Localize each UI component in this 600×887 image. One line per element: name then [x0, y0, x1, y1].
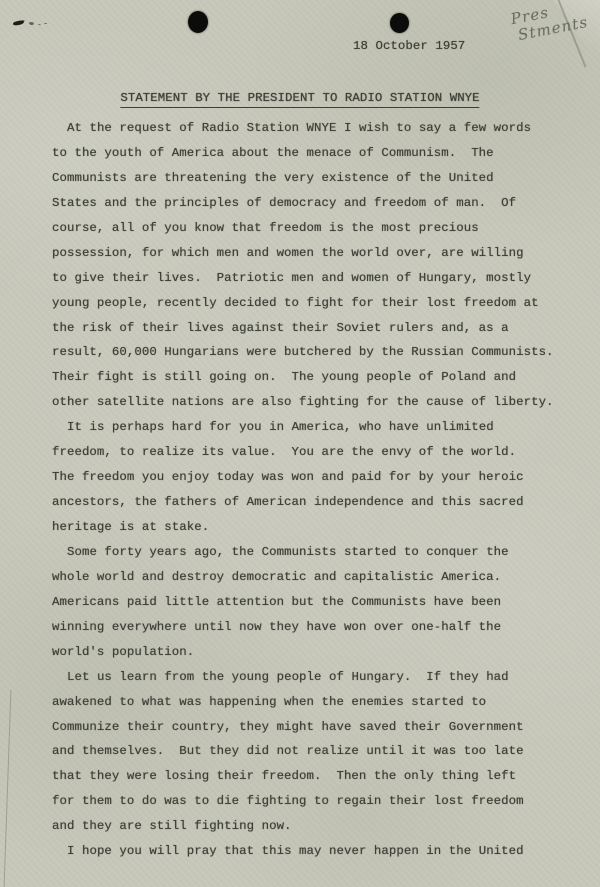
handwritten-annotation: Pres Stments: [509, 0, 589, 45]
document-line: possession, for which men and women the …: [52, 241, 562, 266]
document-line: Let us learn from the young people of Hu…: [52, 665, 562, 690]
document-line: to the youth of America about the menace…: [52, 141, 562, 166]
document-line: other satellite nations are also fightin…: [52, 390, 562, 415]
document-line: whole world and destroy democratic and c…: [52, 565, 562, 590]
punch-hole: [188, 11, 208, 33]
document-line: Communists are threatening the very exis…: [52, 166, 562, 191]
punch-hole: [390, 13, 409, 33]
document-line: freedom, to realize its value. You are t…: [52, 440, 562, 465]
document-page: Pres Stments 18 October 1957 STATEMENT B…: [0, 0, 600, 887]
document-line: to give their lives. Patriotic men and w…: [52, 266, 562, 291]
document-line: the risk of their lives against their So…: [52, 316, 562, 341]
ink-smudge: [29, 22, 34, 26]
document-line: result, 60,000 Hungarians were butchered…: [52, 340, 562, 365]
document-title: STATEMENT BY THE PRESIDENT TO RADIO STAT…: [120, 91, 479, 108]
document-line: Their fight is still going on. The young…: [52, 365, 562, 390]
document-line: young people, recently decided to fight …: [52, 291, 562, 316]
document-line: world's population.: [52, 640, 562, 665]
document-body: At the request of Radio Station WNYE I w…: [52, 116, 562, 864]
document-line: heritage is at stake.: [52, 515, 562, 540]
document-line: I hope you will pray that this may never…: [52, 839, 562, 864]
document-line: winning everywhere until now they have w…: [52, 615, 562, 640]
document-line: ancestors, the fathers of American indep…: [52, 490, 562, 515]
document-line: and they are still fighting now.: [52, 814, 562, 839]
document-line: course, all of you know that freedom is …: [52, 216, 562, 241]
document-line: Some forty years ago, the Communists sta…: [52, 540, 562, 565]
document-line: The freedom you enjoy today was won and …: [52, 465, 562, 490]
document-date: 18 October 1957: [353, 39, 465, 53]
document-line: Communize their country, they might have…: [52, 715, 562, 740]
document-line: Americans paid little attention but the …: [52, 590, 562, 615]
paper-edge-crease: [4, 690, 12, 887]
document-line: for them to do was to die fighting to re…: [52, 789, 562, 814]
document-line: States and the principles of democracy a…: [52, 191, 562, 216]
document-line: that they were losing their freedom. The…: [52, 764, 562, 789]
ink-smudge: [13, 20, 25, 26]
document-line: At the request of Radio Station WNYE I w…: [52, 116, 562, 141]
document-line: awakened to what was happening when the …: [52, 690, 562, 715]
document-line: It is perhaps hard for you in America, w…: [52, 415, 562, 440]
document-line: and themselves. But they did not realize…: [52, 739, 562, 764]
